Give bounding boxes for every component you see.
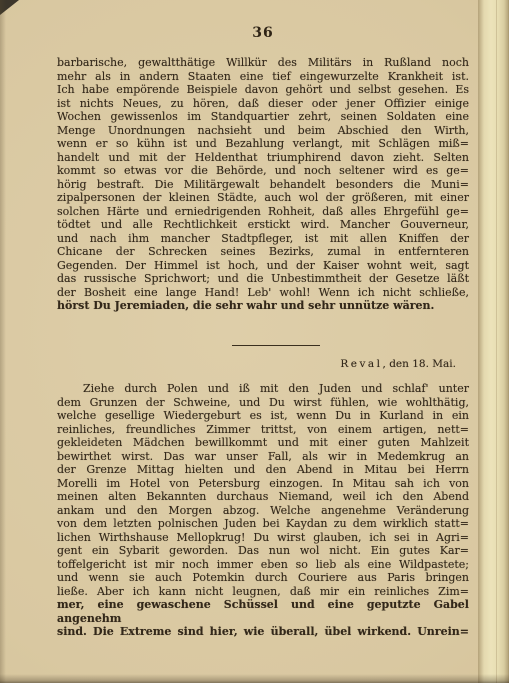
text-line: Ziehe durch Polen und iß mit den Juden u… bbox=[57, 382, 469, 396]
page-edge-strip bbox=[478, 0, 509, 683]
page-number: 36 bbox=[57, 25, 469, 41]
bottom-edge-shadow bbox=[0, 674, 509, 683]
text-line: zipalpersonen der kleinen Städte, auch w… bbox=[57, 191, 469, 205]
text-line: Gegenden. Der Himmel ist hoch, und der K… bbox=[57, 259, 469, 273]
text-line: meinen alten Bekannten durchaus Niemand,… bbox=[57, 490, 469, 504]
text-line: ist nichts Neues, zu hören, daß dieser o… bbox=[57, 97, 469, 111]
text-line: reinliches, freundliches Zimmer trittst,… bbox=[57, 423, 469, 437]
paragraph-letter-reval: Ziehe durch Polen und iß mit den Juden u… bbox=[57, 382, 469, 639]
text-line: der Bosheit eine lange Hand! Leb' wohl! … bbox=[57, 286, 469, 300]
text-line: kommt so etwas vor die Behörde, und noch… bbox=[57, 164, 469, 178]
text-line: ließe. Aber ich kann nicht leugnen, daß … bbox=[57, 585, 469, 599]
text-line: Wochen gewissenlos im Standquartier zehr… bbox=[57, 110, 469, 124]
paragraph-letter-end: barbarische, gewaltthätige Willkür des M… bbox=[57, 56, 469, 313]
text-line: gekleideten Mädchen bewillkommt und mit … bbox=[57, 436, 469, 450]
text-line: mehr als in andern Staaten eine tief ein… bbox=[57, 70, 469, 84]
text-line: bewirthet wirst. Das war unser Fall, als… bbox=[57, 450, 469, 464]
text-line: solchen Härte und erniedrigenden Rohheit… bbox=[57, 205, 469, 219]
text-line: Menge Unordnungen nachsieht und beim Abs… bbox=[57, 124, 469, 138]
text-line: der Grenze Mittag hielten und den Abend … bbox=[57, 463, 469, 477]
text-line: toffelgericht ist mir noch immer eben so… bbox=[57, 558, 469, 572]
text-line: wenn er so kühn ist und Bezahlung verlan… bbox=[57, 137, 469, 151]
text-line: von dem letzten polnischen Juden bei Kay… bbox=[57, 517, 469, 531]
text-line: und wenn sie auch Potemkin durch Courier… bbox=[57, 571, 469, 585]
text-line: und nach ihm mancher Stadtpfleger, ist m… bbox=[57, 232, 469, 246]
text-line: Ich habe empörende Beispiele davon gehör… bbox=[57, 83, 469, 97]
text-line: handelt und mit der Heldenthat triumphir… bbox=[57, 151, 469, 165]
dateline-place: Reval bbox=[340, 358, 382, 370]
text-line: Morelli im Hotel von Petersburg einzogen… bbox=[57, 477, 469, 491]
text-line: das russische Sprichwort; und die Unbest… bbox=[57, 272, 469, 286]
text-line: welche gesellige Wiedergeburt es ist, we… bbox=[57, 409, 469, 423]
text-line: lichen Wirthshause Mellopkrug! Du wirst … bbox=[57, 531, 469, 545]
section-divider-rule bbox=[232, 345, 320, 346]
text-line: ankam und den Morgen abzog. Welche angen… bbox=[57, 504, 469, 518]
text-line: sind. Die Extreme sind hier, wie überall… bbox=[57, 625, 469, 639]
text-line: dem Grunzen der Schweine, und Du wirst f… bbox=[57, 396, 469, 410]
dateline: Reval, den 18. Mai. bbox=[57, 358, 469, 372]
left-edge-shadow bbox=[0, 0, 6, 683]
page-edge-crease bbox=[496, 0, 497, 683]
text-line: barbarische, gewaltthätige Willkür des M… bbox=[57, 56, 469, 70]
text-line: Chicane der Schrecken seines Bezirks, zu… bbox=[57, 245, 469, 259]
text-line: hörst Du Jeremiaden, die sehr wahr und s… bbox=[57, 299, 469, 313]
scanned-book-page: 36 barbarische, gewaltthätige Willkür de… bbox=[0, 0, 509, 683]
text-block: barbarische, gewaltthätige Willkür des M… bbox=[57, 56, 469, 639]
dateline-date: , den 18. Mai. bbox=[383, 358, 456, 370]
text-line: gent ein Sybarit geworden. Das nun wol n… bbox=[57, 544, 469, 558]
text-line: mer, eine gewaschene Schüssel und eine g… bbox=[57, 598, 469, 625]
text-line: tödtet und alle Rechtlichkeit erstickt w… bbox=[57, 218, 469, 232]
text-line: hörig bestraft. Die Militärgewalt behand… bbox=[57, 178, 469, 192]
